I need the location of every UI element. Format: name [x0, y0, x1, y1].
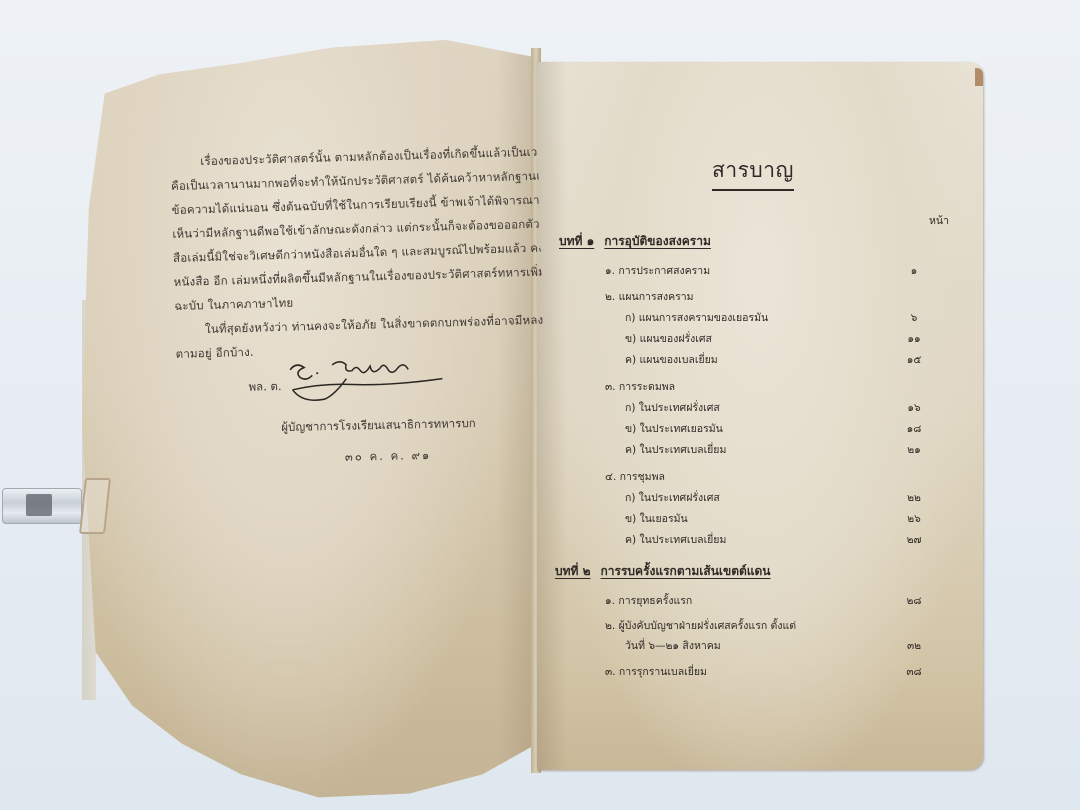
- signature-date: ๓๐ ค. ค. ๙๑: [345, 447, 432, 467]
- toc-entry: ก) แผนการสงครามของเยอรมัน: [625, 309, 768, 326]
- toc-entry: ๒. ผู้บังคับบัญชาฝ่ายฝรั่งเศสครั้งแรก ตั…: [605, 617, 796, 634]
- toc-page-number: ๑๕: [899, 351, 929, 368]
- page-column-label: หน้า: [929, 212, 949, 229]
- toc-entry: ๑. การประกาศสงคราม: [605, 262, 710, 279]
- toc-entry: ค) ในประเทศเบลเยี่ยม: [625, 531, 726, 548]
- table-of-contents: สารบาญ หน้า บทที่ ๑การอุบัติของสงคราม ๑.…: [537, 62, 983, 770]
- clip-spring: [26, 494, 52, 516]
- toc-page-number: ๓๘: [899, 663, 929, 680]
- toc-page-number: ๑๑: [899, 330, 929, 347]
- handwritten-signature-icon: [282, 352, 473, 406]
- preface-text: เรื่องของประวัติศาสตร์นั้น ตามหลักต้องเป…: [170, 140, 544, 366]
- signature-rank: พล. ต.: [248, 378, 281, 397]
- toc-entry: ก) ในประเทศฝรั่งเศส: [625, 399, 720, 416]
- toc-title: สารบาญ: [712, 154, 794, 191]
- toc-entry: ก) ในประเทศฝรั่งเศส: [625, 489, 720, 506]
- signature-block: พล. ต. ผู้บัญชาการโรงเรียนเสนาธิการทหารบ…: [248, 359, 508, 364]
- toc-page-number: ๖: [899, 309, 929, 326]
- toc-page-number: ๒๗: [899, 531, 929, 548]
- chapter-heading: บทที่ ๒การรบครั้งแรกตามเส้นเขตต์แดน: [555, 562, 771, 581]
- toc-page-number: ๒๖: [899, 510, 929, 527]
- toc-page-number: ๒๒: [899, 489, 929, 506]
- chapter-title: การรบครั้งแรกตามเส้นเขตต์แดน: [601, 564, 771, 578]
- toc-entry: ข) แผนของฝรั่งเศส: [625, 330, 712, 347]
- toc-entry: ๓. การรุกรานเบลเยี่ยม: [605, 663, 707, 680]
- toc-page-number: ๑๘: [899, 420, 929, 437]
- chapter-heading: บทที่ ๑การอุบัติของสงคราม: [559, 232, 711, 251]
- toc-page-number: ๑๖: [899, 399, 929, 416]
- toc-entry: ๒. แผนการสงคราม: [605, 288, 694, 305]
- toc-entry: ๓. การระดมพล: [605, 378, 675, 395]
- toc-entry: วันที่ ๖—๒๑ สิงหาคม: [625, 637, 721, 654]
- toc-entry: ข) ในประเทศเยอรมัน: [625, 420, 723, 437]
- photo-scene: เรื่องของประวัติศาสตร์นั้น ตามหลักต้องเป…: [0, 0, 1080, 810]
- toc-page-number: ๒๘: [899, 592, 929, 609]
- toc-entry: ค) ในประเทศเบลเยี่ยม: [625, 441, 726, 458]
- chapter-number: บทที่ ๒: [555, 564, 591, 578]
- toc-entry: ๑. การยุทธครั้งแรก: [605, 592, 692, 609]
- toc-entry: ค) แผนของเบลเยี่ยม: [625, 351, 718, 368]
- toc-entry: ข) ในเยอรมัน: [625, 510, 688, 527]
- clip-loop: [79, 478, 111, 534]
- toc-entry: ๔. การชุมพล: [605, 468, 665, 485]
- toc-page-number: ๑: [899, 262, 929, 279]
- chapter-title: การอุบัติของสงคราม: [604, 234, 711, 248]
- toc-page-number: ๒๑: [899, 441, 929, 458]
- toc-page-number: ๓๒: [899, 637, 929, 654]
- chapter-number: บทที่ ๑: [559, 234, 594, 248]
- plastic-clip: [0, 470, 120, 540]
